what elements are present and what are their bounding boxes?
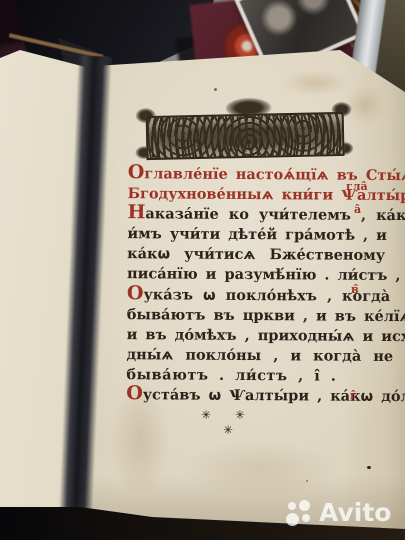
text-line: Оуста́въ ѡ Ѱалты́ри , ка́кѡ до́лжно	[126, 384, 362, 406]
text-line: Оука́зъ ѡ покло́нѣхъ , когда̀	[127, 284, 363, 306]
text-line: и въ до́мѣхъ , приходны́ѧ и исхо́	[127, 324, 363, 346]
page-stain	[280, 70, 350, 96]
text-line: дны́ѧ покло́ны , и когда̀ не	[126, 344, 362, 366]
text-line: Оглавле́нїе настоѧ́щїѧ въ Сты́ѧ и	[128, 163, 364, 185]
margin-chapter-number: в̂	[351, 284, 359, 295]
page-stain	[345, 85, 385, 125]
margin-chapter-number: г̂	[350, 390, 357, 401]
headpiece-band	[146, 112, 345, 160]
text-line: быва́ютъ . ли́стъ , і̂ .	[126, 364, 362, 386]
red-initial-letter: О	[128, 161, 145, 183]
text-line: ка́кѡ учи́тисѧ Бже́ственому	[127, 244, 363, 266]
text-line: Бгодухнове́нныѧ кни́ги Ѱалты́ри .	[128, 183, 364, 205]
antique-book-photo: Оглавле́нїе настоѧ́щїѧ въ Сты́ѧ и Бгодух…	[0, 0, 405, 540]
headpiece-ornament	[145, 98, 344, 164]
red-initial-letter: Н	[127, 201, 145, 223]
avito-watermark: Avito	[286, 497, 391, 527]
text-line: быва́ютъ въ цркви , и въ ке́лїѧхъ ,	[127, 304, 363, 326]
text-line: Наказа́нїе ко учи́телемъ , ка́кѡ	[127, 203, 363, 225]
star-ornament-row: ✳ ✳	[198, 408, 258, 422]
margin-chapter-number: а̂	[354, 204, 361, 215]
avito-logo-icon	[286, 497, 314, 527]
ink-speck	[306, 480, 308, 482]
red-initial-letter: О	[127, 282, 144, 304]
ink-speck	[214, 88, 217, 91]
ink-speck	[367, 466, 371, 469]
page-stain	[180, 440, 340, 500]
text-line: писа́нїю и разумѣ́нїю . ли́стъ , а̂ .	[127, 264, 363, 286]
margin-chapter-label: гла̂	[346, 181, 368, 192]
red-initial-letter: О	[126, 382, 143, 404]
page-text-block: Оглавле́нїе настоѧ́щїѧ въ Сты́ѧ и Бгодух…	[126, 163, 364, 406]
star-ornament: ✳	[198, 423, 258, 437]
avito-watermark-text: Avito	[319, 498, 391, 527]
text-line: и́мъ учи́ти дѣте́й гра́мотѣ , и	[127, 223, 363, 245]
